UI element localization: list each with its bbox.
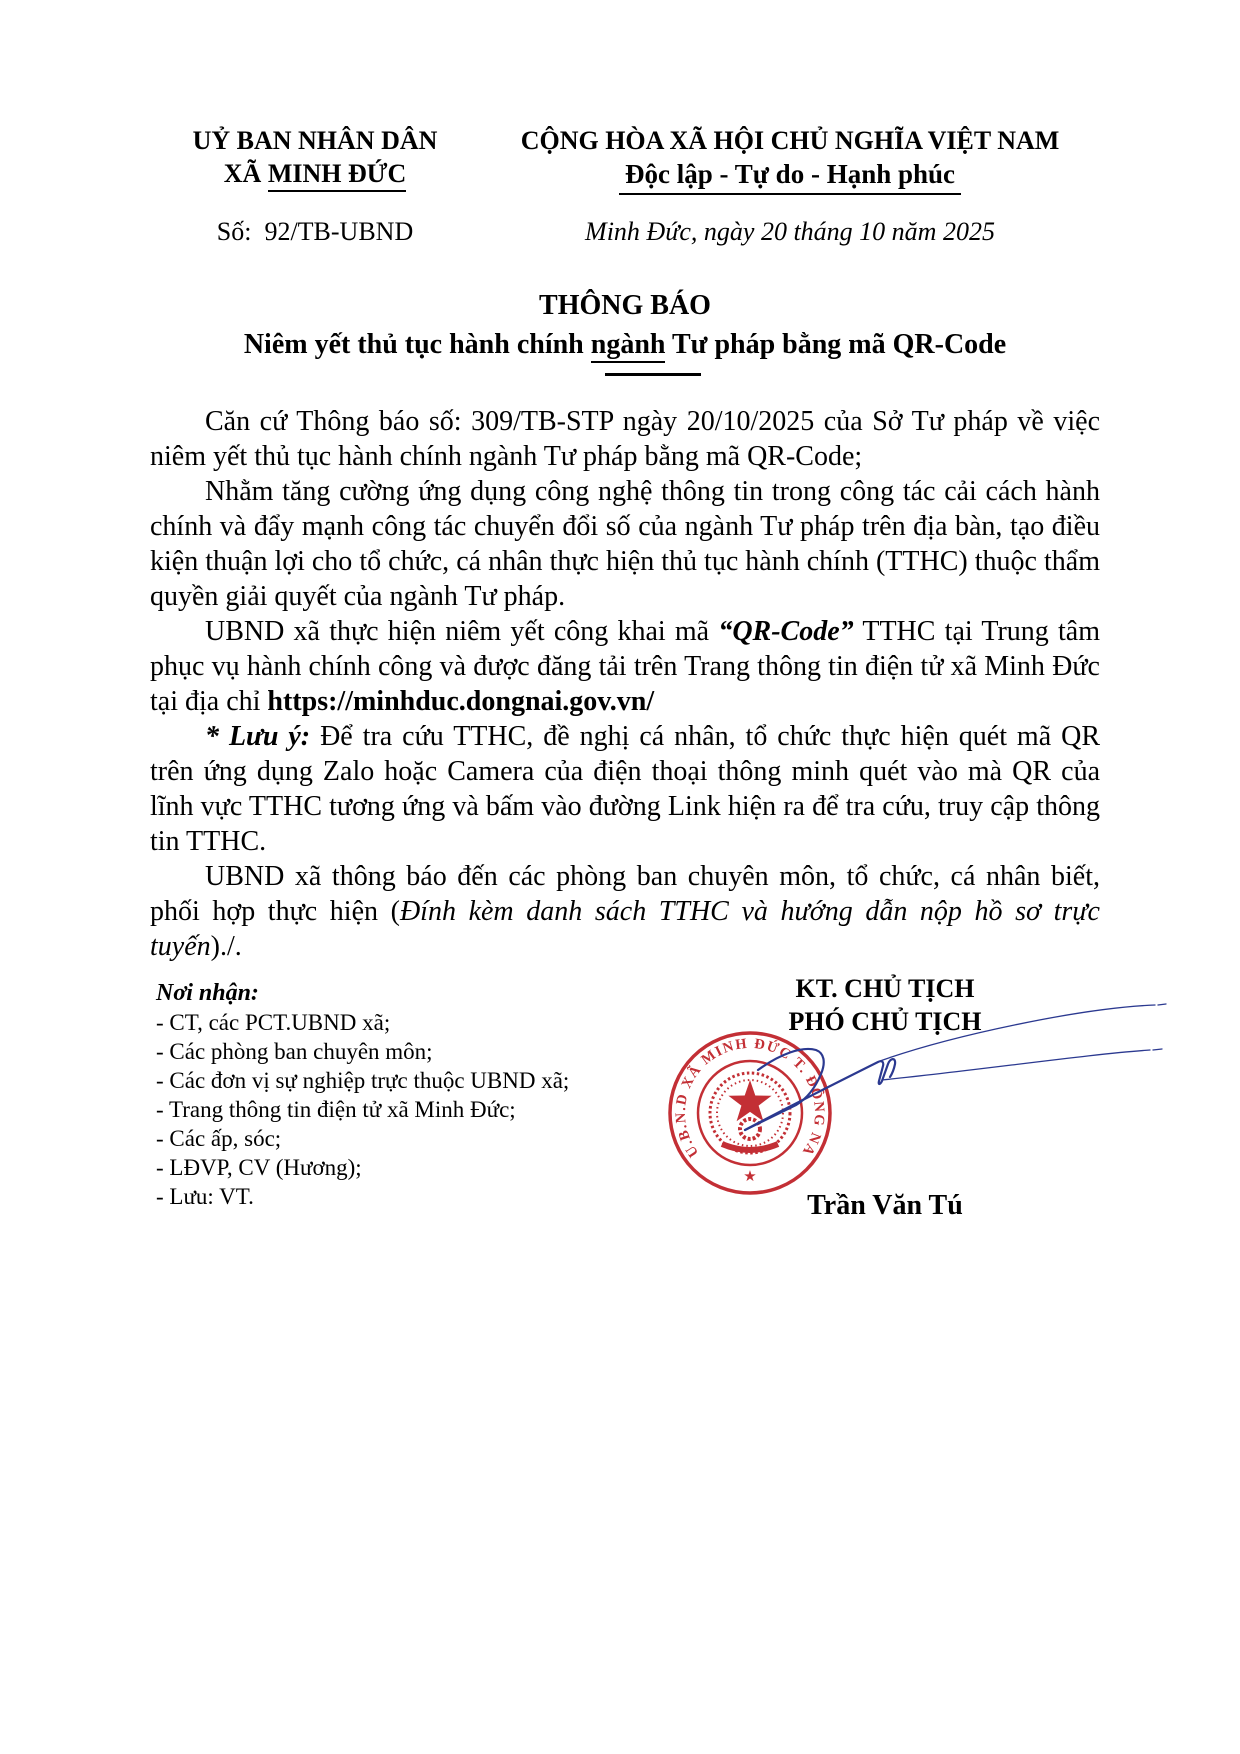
document-body: Căn cứ Thông báo số: 309/TB-STP ngày 20/…	[150, 404, 1100, 964]
recipient-item: - Các phòng ban chuyên môn;	[156, 1037, 569, 1066]
signature-check-stroke	[745, 1059, 895, 1130]
paragraph-2: Nhằm tăng cường ứng dụng công nghệ thông…	[150, 474, 1100, 614]
document-header: UỶ BAN NHÂN DÂN XÃ MINH ĐỨC Số: 92/TB-UB…	[150, 125, 1100, 247]
authority-commune: XÃ MINH ĐỨC	[150, 157, 480, 191]
recipient-item: - Lưu: VT.	[156, 1182, 569, 1211]
signature-hairline-bottom	[882, 1049, 1162, 1080]
national-motto: Độc lập - Tự do - Hạnh phúc	[480, 157, 1100, 191]
document-subtitle: Niêm yết thủ tục hành chính ngành Tư phá…	[150, 327, 1100, 363]
emblem-banner	[722, 1144, 778, 1150]
document-number: Số: 92/TB-UBND	[150, 217, 480, 247]
signature-seal-loop	[745, 1049, 824, 1130]
document-footer: Nơi nhận: - CT, các PCT.UBND xã; - Các p…	[150, 978, 1100, 1278]
recipient-item: - Trang thông tin điện tử xã Minh Đức;	[156, 1095, 569, 1124]
qr-code-emphasis: “QR-Code”	[718, 616, 853, 647]
document-title: THÔNG BÁO	[150, 289, 1100, 323]
subtitle-underlined-word: ngành	[591, 329, 666, 363]
website-url: https://minhduc.dongnai.gov.vn/	[267, 686, 654, 717]
document-page: UỶ BAN NHÂN DÂN XÃ MINH ĐỨC Số: 92/TB-UB…	[0, 0, 1240, 1754]
commune-name-underlined: MINH ĐỨC	[268, 159, 406, 192]
paragraph-3: UBND xã thực hiện niêm yết công khai mã …	[150, 614, 1100, 719]
authority-name: UỶ BAN NHÂN DÂN	[150, 125, 480, 157]
handwritten-signature	[650, 988, 1195, 1138]
issuing-authority-block: UỶ BAN NHÂN DÂN XÃ MINH ĐỨC Số: 92/TB-UB…	[150, 125, 480, 247]
recipient-item: - Các đơn vị sự nghiệp trực thuộc UBND x…	[156, 1066, 569, 1095]
recipients-block: Nơi nhận: - CT, các PCT.UBND xã; - Các p…	[156, 978, 569, 1211]
note-label: * Lưu ý:	[205, 721, 320, 752]
paragraph-5: UBND xã thông báo đến các phòng ban chuy…	[150, 859, 1100, 964]
paragraph-4-note: * Lưu ý: Để tra cứu TTHC, đề nghị cá nhâ…	[150, 719, 1100, 859]
national-header-block: CỘNG HÒA XÃ HỘI CHỦ NGHĨA VIỆT NAM Độc l…	[480, 125, 1100, 247]
title-separator-rule	[605, 373, 701, 376]
recipient-item: - CT, các PCT.UBND xã;	[156, 1008, 569, 1037]
national-title: CỘNG HÒA XÃ HỘI CHỦ NGHĨA VIỆT NAM	[480, 125, 1100, 157]
recipients-label: Nơi nhận:	[156, 978, 569, 1008]
recipient-item: - LĐVP, CV (Hương);	[156, 1153, 569, 1182]
paragraph-1: Căn cứ Thông báo số: 309/TB-STP ngày 20/…	[150, 404, 1100, 474]
document-title-block: THÔNG BÁO Niêm yết thủ tục hành chính ng…	[150, 289, 1100, 376]
seal-bottom-star: ★	[743, 1169, 756, 1185]
recipient-item: - Các ấp, sóc;	[156, 1124, 569, 1153]
signer-name: Trần Văn Tú	[715, 1190, 1055, 1222]
date-place-line: Minh Đức, ngày 20 tháng 10 năm 2025	[480, 217, 1100, 247]
